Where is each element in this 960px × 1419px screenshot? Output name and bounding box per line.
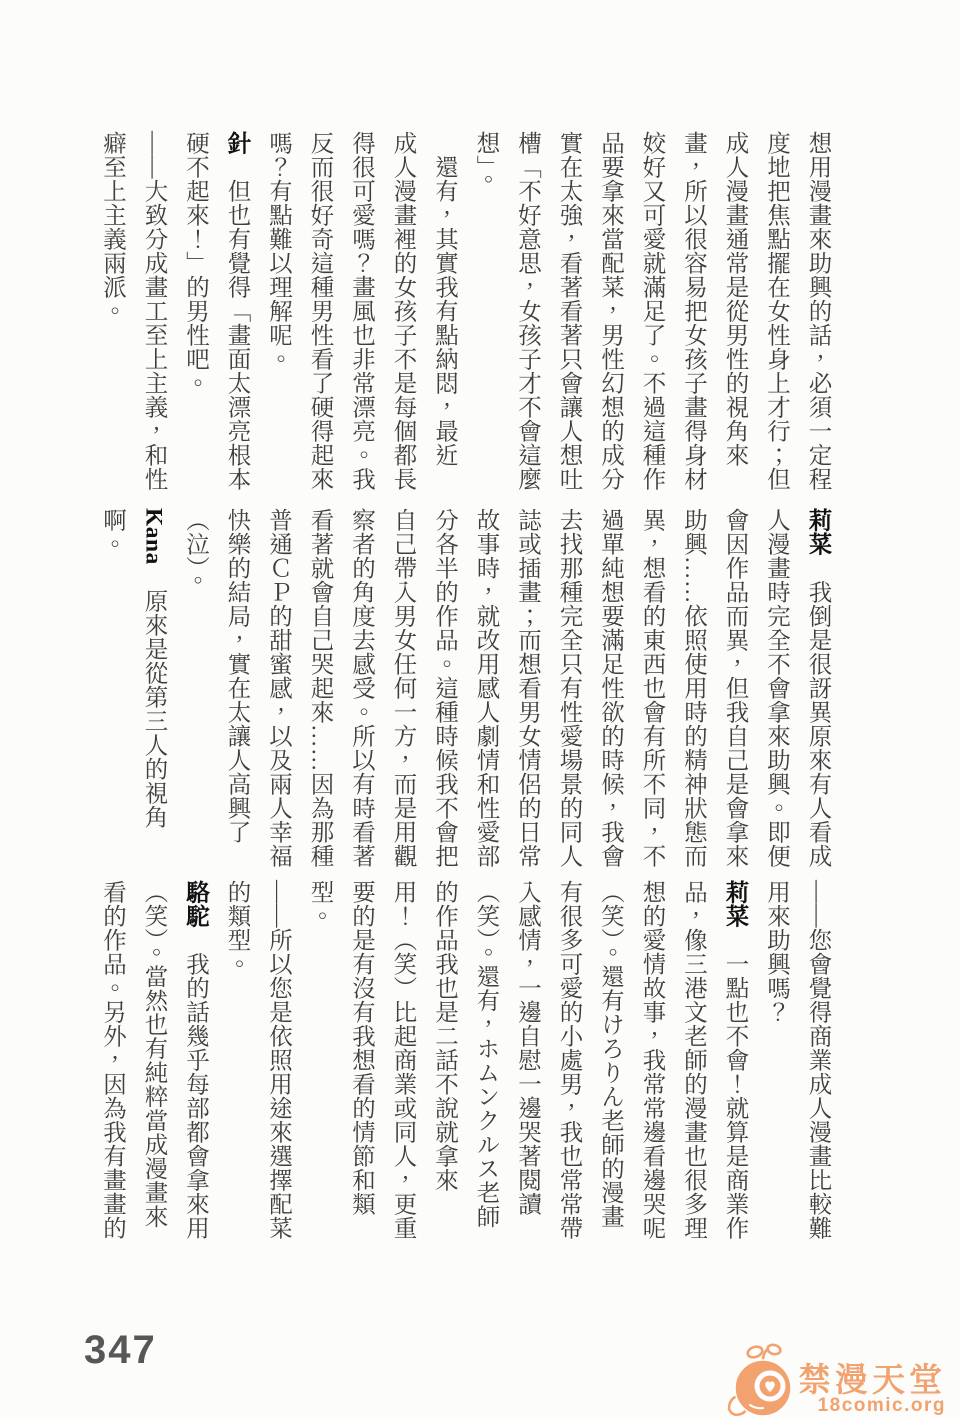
text-column: 姣好又可愛就滿足了。不過這種作 (631, 131, 673, 491)
column-text: 故事時，就改用感人劇情和性愛部 (472, 508, 498, 868)
column-text: 看著就會自己哭起來……因為那種 (306, 508, 332, 868)
text-column: 自己帶入男女任何一方，而是用觀 (382, 508, 424, 868)
text-column: 誌或插畫；而想看男女情侶的日常 (506, 508, 548, 868)
column-text: （泣）。 (182, 508, 208, 592)
text-column: ——您會覺得商業成人漫畫比較難 (797, 880, 839, 1240)
text-column: ——所以您是依照用途來選擇配菜 (257, 880, 299, 1240)
text-column: 癖至上主義兩派。 (91, 131, 133, 491)
text-column: 普通ＣＰ的甜蜜感，以及兩人幸福 (257, 508, 299, 868)
text-column: 莉菜 我倒是很訝異原來有人看成 (797, 508, 839, 868)
column-text: 硬不起來！」的男性吧。 (182, 131, 208, 395)
column-text: 實在太強，看著看著只會讓人想吐 (555, 131, 581, 491)
column-text: 還有，其實我有點納悶，最近 (431, 131, 457, 467)
text-column: Kana 原來是從第三人的視角 (133, 508, 175, 868)
column-text: 會因作品而異，但我自己是會拿來 (721, 508, 747, 868)
column-text: （笑）。還有，ホムンクルス老師 (472, 880, 498, 1228)
column-text: 成人漫畫通常是從男性的視角來 (721, 131, 747, 467)
text-column: 過單純想要滿足性欲的時候，我會 (589, 508, 631, 868)
text-column: 莉菜 一點也不會！就算是商業作 (714, 880, 756, 1240)
column-text: 想」。 (472, 131, 498, 191)
column-text: 分各半的作品。這種時候我不會把 (431, 508, 457, 868)
text-column: 故事時，就改用感人劇情和性愛部 (465, 508, 507, 868)
column-text: 度地把焦點擺在女性身上才行；但 (763, 131, 789, 491)
text-column: 畫，所以很容易把女孩子畫得身材 (672, 131, 714, 491)
text-column: 想」。 (465, 131, 507, 491)
text-column: 的類型。 (216, 880, 258, 1240)
text-column: 槽「不好意思，女孩子才不會這麼 (506, 131, 548, 491)
text-column: 快樂的結局，實在太讓人高興了 (216, 508, 258, 868)
column-text: ——所以您是依照用途來選擇配菜 (265, 880, 291, 1240)
column-text: 原來是從第三人的視角 (140, 565, 166, 829)
column-text: 型。 (306, 880, 332, 928)
text-column: 還有，其實我有點納悶，最近 (423, 131, 465, 491)
text-column: 看著就會自己哭起來……因為那種 (299, 508, 341, 868)
text-column: 啊。 (91, 508, 133, 868)
column-text: 畫，所以很容易把女孩子畫得身材 (680, 131, 706, 491)
text-column: 硬不起來！」的男性吧。 (174, 131, 216, 491)
watermark: 禁漫天堂 18comic.org (726, 1343, 946, 1419)
text-column: 針 但也有覺得「畫面太漂亮根本 (216, 131, 258, 491)
text-column: 會因作品而異，但我自己是會拿來 (714, 508, 756, 868)
speaker-name: 針 (223, 131, 249, 155)
text-column: 成人漫畫通常是從男性的視角來 (714, 131, 756, 491)
text-column: 有很多可愛的小處男，我也常常帶 (548, 880, 590, 1240)
column-text: （笑）。當然也有純粹當成漫畫來 (140, 880, 166, 1228)
column-text: 姣好又可愛就滿足了。不過這種作 (638, 131, 664, 491)
column-text: 嗎？有點難以理解呢。 (265, 131, 291, 371)
text-column: 察者的角度去感受。所以有時看著 (340, 508, 382, 868)
text-column: ——大致分成畫工至上主義，和性 (133, 131, 175, 491)
column-text: 助興……依照使用時的精神狀態而 (680, 508, 706, 868)
text-column: 成人漫畫裡的女孩子不是每個都長 (382, 131, 424, 491)
column-text: ——大致分成畫工至上主義，和性 (140, 131, 166, 491)
column-text: （笑）。還有けろりん老師的漫畫 (597, 880, 623, 1228)
column-text: 得很可愛嗎？畫風也非常漂亮。我 (348, 131, 374, 491)
site-name: 禁漫天堂 (798, 1363, 946, 1396)
text-column: 異，想看的東西也會有所不同，不 (631, 508, 673, 868)
text-column: 想用漫畫來助興的話，必須一定程 (797, 131, 839, 491)
column-text: 啊。 (99, 508, 125, 556)
text-column: 的作品我也是二話不說就拿來 (423, 880, 465, 1240)
column-text: 看的作品。另外，因為我有畫畫的 (99, 880, 125, 1240)
column-text: 有很多可愛的小處男，我也常常帶 (555, 880, 581, 1240)
text-column: 入感情，一邊自慰一邊哭著閱讀 (506, 880, 548, 1240)
text-column: 品，像三港文老師的漫畫也很多理 (672, 880, 714, 1240)
column-text: 異，想看的東西也會有所不同，不 (638, 508, 664, 868)
whale-mascot-icon (726, 1343, 796, 1419)
column-text: 誌或插畫；而想看男女情侶的日常 (514, 508, 540, 868)
column-text: 成人漫畫裡的女孩子不是每個都長 (389, 131, 415, 491)
text-section-top: 想用漫畫來助興的話，必須一定程度地把焦點擺在女性身上才行；但成人漫畫通常是從男性… (91, 131, 838, 491)
column-text: 人漫畫時完全不會拿來助興。即便 (763, 508, 789, 868)
text-column: 型。 (299, 880, 341, 1240)
text-column: （泣）。 (174, 508, 216, 868)
text-column: 度地把焦點擺在女性身上才行；但 (755, 131, 797, 491)
text-column: 分各半的作品。這種時候我不會把 (423, 508, 465, 868)
column-text: 我倒是很訝異原來有人看成 (804, 556, 830, 868)
text-column: 人漫畫時完全不會拿來助興。即便 (755, 508, 797, 868)
speaker-name: 莉菜 (721, 880, 747, 928)
text-column: 實在太強，看著看著只會讓人想吐 (548, 131, 590, 491)
text-column: 去找那種完全只有性愛場景的同人 (548, 508, 590, 868)
column-text: 的類型。 (223, 880, 249, 976)
text-column: 駱駝 我的話幾乎每部都會拿來用 (174, 880, 216, 1240)
speaker-name: 莉菜 (804, 508, 830, 556)
text-column: （笑）。還有，ホムンクルス老師 (465, 880, 507, 1240)
column-text: 察者的角度去感受。所以有時看著 (348, 508, 374, 868)
column-text: 的作品我也是二話不說就拿來 (431, 880, 457, 1192)
column-text: 但也有覺得「畫面太漂亮根本 (223, 155, 249, 491)
page-number: 347 (84, 1328, 157, 1373)
column-text: 想用漫畫來助興的話，必須一定程 (804, 131, 830, 491)
column-text: 入感情，一邊自慰一邊哭著閱讀 (514, 880, 540, 1216)
manga-interview-page: 想用漫畫來助興的話，必須一定程度地把焦點擺在女性身上才行；但成人漫畫通常是從男性… (0, 0, 960, 1419)
speaker-name: 駱駝 (182, 880, 208, 928)
column-text: 品要拿來當配菜，男性幻想的成分 (597, 131, 623, 491)
column-text: ——您會覺得商業成人漫畫比較難 (804, 880, 830, 1240)
column-text: 用來助興嗎？ (763, 880, 789, 1024)
text-column: 用！（笑）比起商業或同人，更重 (382, 880, 424, 1240)
text-column: 用來助興嗎？ (755, 880, 797, 1240)
column-text: 一點也不會！就算是商業作 (721, 928, 747, 1240)
speaker-name: Kana (140, 508, 166, 565)
column-text: 反而很好奇這種男性看了硬得起來 (306, 131, 332, 491)
text-column: 反而很好奇這種男性看了硬得起來 (299, 131, 341, 491)
text-column: （笑）。還有けろりん老師的漫畫 (589, 880, 631, 1240)
text-column: 得很可愛嗎？畫風也非常漂亮。我 (340, 131, 382, 491)
column-text: 要的是有沒有我想看的情節和類 (348, 880, 374, 1216)
column-text: 去找那種完全只有性愛場景的同人 (555, 508, 581, 868)
column-text: 自己帶入男女任何一方，而是用觀 (389, 508, 415, 868)
column-text: 想的愛情故事，我常常邊看邊哭呢 (638, 880, 664, 1240)
column-text: 過單純想要滿足性欲的時候，我會 (597, 508, 623, 868)
text-column: 看的作品。另外，因為我有畫畫的 (91, 880, 133, 1240)
column-text: 用！（笑）比起商業或同人，更重 (389, 880, 415, 1240)
column-text: 癖至上主義兩派。 (99, 131, 125, 323)
text-column: 要的是有沒有我想看的情節和類 (340, 880, 382, 1240)
text-column: 想的愛情故事，我常常邊看邊哭呢 (631, 880, 673, 1240)
text-column: （笑）。當然也有純粹當成漫畫來 (133, 880, 175, 1240)
text-column: 嗎？有點難以理解呢。 (257, 131, 299, 491)
watermark-text: 禁漫天堂 18comic.org (798, 1363, 946, 1419)
site-url: 18comic.org (818, 1396, 946, 1417)
text-column: 品要拿來當配菜，男性幻想的成分 (589, 131, 631, 491)
text-section-bottom: ——您會覺得商業成人漫畫比較難用來助興嗎？莉菜 一點也不會！就算是商業作品，像三… (91, 880, 838, 1240)
text-section-middle: 莉菜 我倒是很訝異原來有人看成人漫畫時完全不會拿來助興。即便會因作品而異，但我自… (91, 508, 838, 868)
column-text: 快樂的結局，實在太讓人高興了 (223, 508, 249, 844)
column-text: 我的話幾乎每部都會拿來用 (182, 928, 208, 1240)
column-text: 品，像三港文老師的漫畫也很多理 (680, 880, 706, 1240)
text-column: 助興……依照使用時的精神狀態而 (672, 508, 714, 868)
column-text: 普通ＣＰ的甜蜜感，以及兩人幸福 (265, 508, 291, 868)
column-text: 槽「不好意思，女孩子才不會這麼 (514, 131, 540, 491)
